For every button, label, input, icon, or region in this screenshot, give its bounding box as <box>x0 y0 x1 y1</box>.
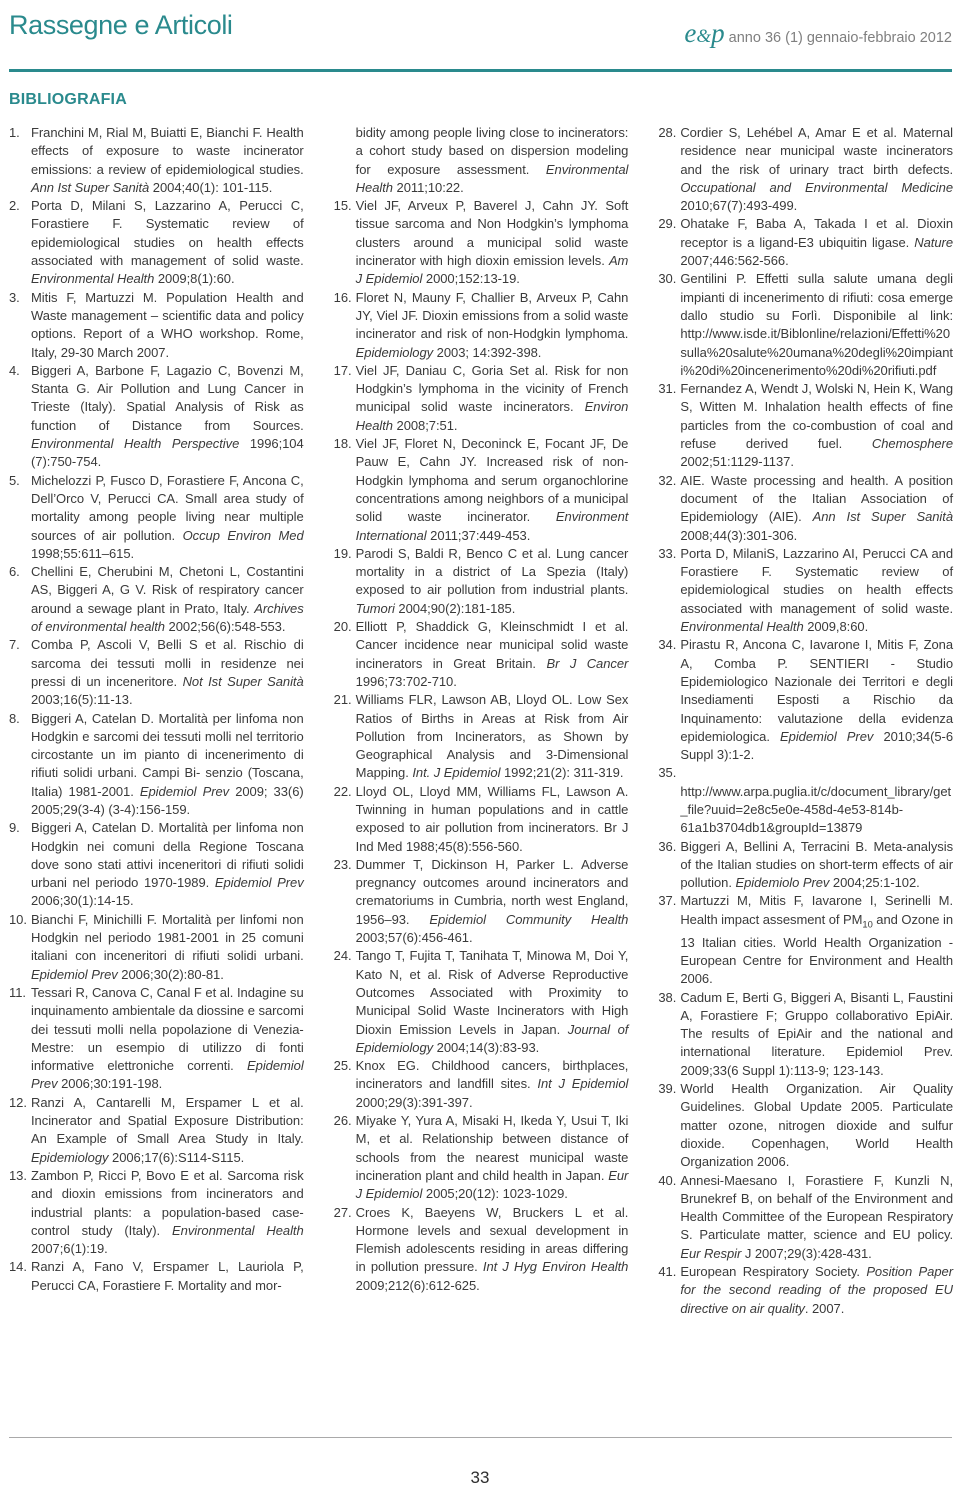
reference-item: 30.Gentilini P. Effetti sulla salute uma… <box>658 270 953 380</box>
reference-item: 10.Bianchi F, Minichilli F. Mortalità pe… <box>9 911 304 984</box>
reference-item: 39.World Health Organization. Air Qualit… <box>658 1080 953 1171</box>
reference-text: Williams FLR, Lawson AB, Lloyd OL. Low S… <box>356 692 629 780</box>
reference-number: 41. <box>658 1263 680 1281</box>
reference-text: Parodi S, Baldi R, Benco C et al. Lung c… <box>356 546 629 616</box>
reference-text: World Health Organization. Air Quality G… <box>680 1081 953 1169</box>
reference-text: Fernandez A, Wendt J, Wolski N, Hein K, … <box>680 381 953 469</box>
reference-number: 15. <box>334 197 356 215</box>
reference-number: 4. <box>9 362 31 380</box>
reference-text: Martuzzi M, Mitis F, Iavarone I, Serinel… <box>680 893 953 986</box>
reference-number: 13. <box>9 1167 31 1185</box>
reference-number: 31. <box>658 380 680 398</box>
reference-item: 38.Cadum E, Berti G, Biggeri A, Bisanti … <box>658 989 953 1080</box>
reference-item: 22.Lloyd OL, Lloyd MM, Williams FL, Laws… <box>334 783 629 856</box>
reference-item: 25.Knox EG. Childhood cancers, birthplac… <box>334 1057 629 1112</box>
reference-text: bidity among people living close to inci… <box>356 125 629 195</box>
reference-text: Croes K, Baeyens W, Bruckers L et al. Ho… <box>356 1205 629 1293</box>
reference-item: 4.Biggeri A, Barbone F, Lagazio C, Boven… <box>9 362 304 472</box>
reference-text: Ranzi A, Cantarelli M, Erspamer L et al.… <box>31 1095 304 1165</box>
reference-number: 28. <box>658 124 680 142</box>
reference-number: 24. <box>334 947 356 965</box>
reference-item: 14.Ranzi A, Fano V, Erspamer L, Lauriola… <box>9 1258 304 1295</box>
reference-item: 28.Cordier S, Lehébel A, Amar E et al. M… <box>658 124 953 215</box>
reference-text: Viel JF, Arveux P, Baverel J, Cahn JY. S… <box>356 198 629 286</box>
reference-number: 14. <box>9 1258 31 1276</box>
reference-number: 20. <box>334 618 356 636</box>
reference-number: 2. <box>9 197 31 215</box>
reference-text: Mitis F, Martuzzi M. Population Health a… <box>31 290 304 360</box>
reference-number: 1. <box>9 124 31 142</box>
footer-divider-rule <box>9 1437 952 1438</box>
reference-number: 21. <box>334 691 356 709</box>
reference-number: 38. <box>658 989 680 1007</box>
ep-journal-logo: e&p <box>684 18 724 49</box>
reference-text: Biggeri A, Barbone F, Lagazio C, Bovenzi… <box>31 363 304 469</box>
reference-item: 27.Croes K, Baeyens W, Bruckers L et al.… <box>334 1204 629 1295</box>
reference-number: 5. <box>9 472 31 490</box>
reference-text: Comba P, Ascoli V, Belli S et al. Rischi… <box>31 637 304 707</box>
reference-item: 36.Biggeri A, Bellini A, Terracini B. Me… <box>658 838 953 893</box>
reference-item: 34.Pirastu R, Ancona C, Iavarone I, Miti… <box>658 636 953 764</box>
reference-item: 32.AIE. Waste processing and health. A p… <box>658 472 953 545</box>
reference-number: 40. <box>658 1172 680 1190</box>
reference-item: 6.Chellini E, Cherubini M, Chetoni L, Co… <box>9 563 304 636</box>
reference-item: 21.Williams FLR, Lawson AB, Lloyd OL. Lo… <box>334 691 629 782</box>
reference-item: 35.http://www.arpa.puglia.it/c/document_… <box>658 764 953 837</box>
reference-item: 15.Viel JF, Arveux P, Baverel J, Cahn JY… <box>334 197 629 288</box>
reference-number: 39. <box>658 1080 680 1098</box>
reference-number: 29. <box>658 215 680 233</box>
reference-number: 8. <box>9 710 31 728</box>
reference-text: European Respiratory Society. Position P… <box>680 1264 953 1316</box>
reference-item: 16.Floret N, Mauny F, Challier B, Arveux… <box>334 289 629 362</box>
reference-item: 41.European Respiratory Society. Positio… <box>658 1263 953 1318</box>
reference-number: 30. <box>658 270 680 288</box>
reference-text: Michelozzi P, Fusco D, Forastiere F, Anc… <box>31 473 304 561</box>
reference-number: 18. <box>334 435 356 453</box>
reference-text: Pirastu R, Ancona C, Iavarone I, Mitis F… <box>680 637 953 762</box>
logo-letter-e: e <box>684 18 696 48</box>
reference-text: Franchini M, Rial M, Buiatti E, Bianchi … <box>31 125 304 195</box>
reference-text: Ohatake F, Baba A, Takada I et al. Dioxi… <box>680 216 953 268</box>
reference-item: 37.Martuzzi M, Mitis F, Iavarone I, Seri… <box>658 892 953 988</box>
issue-label: anno 36 (1) gennaio-febbraio 2012 <box>729 30 952 46</box>
reference-item: 12.Ranzi A, Cantarelli M, Erspamer L et … <box>9 1094 304 1167</box>
reference-item: 8.Biggeri A, Catelan D. Mortalità per li… <box>9 710 304 820</box>
page-header: Rassegne e Articoli e&p anno 36 (1) genn… <box>9 10 952 49</box>
reference-item: 17.Viel JF, Daniau C, Goria Set al. Risk… <box>334 362 629 435</box>
reference-text: Viel JF, Floret N, Deconinck E, Focant J… <box>356 436 629 542</box>
reference-item: 1.Franchini M, Rial M, Buiatti E, Bianch… <box>9 124 304 197</box>
reference-continuation: bidity among people living close to inci… <box>334 124 629 197</box>
reference-item: 19.Parodi S, Baldi R, Benco C et al. Lun… <box>334 545 629 618</box>
reference-item: 2.Porta D, Milani S, Lazzarino A, Perucc… <box>9 197 304 288</box>
reference-item: 9.Biggeri A, Catelan D. Mortalità per li… <box>9 819 304 910</box>
reference-item: 20.Elliott P, Shaddick G, Kleinschmidt I… <box>334 618 629 691</box>
reference-text: Lloyd OL, Lloyd MM, Williams FL, Lawson … <box>356 784 629 854</box>
reference-item: 26.Miyake Y, Yura A, Misaki H, Ikeda Y, … <box>334 1112 629 1203</box>
logo-ampersand: & <box>696 26 711 47</box>
reference-item: 7.Comba P, Ascoli V, Belli S et al. Risc… <box>9 636 304 709</box>
page-title: BIBLIOGRAFIA <box>9 91 127 109</box>
page-number: 33 <box>0 1468 960 1488</box>
reference-number: 25. <box>334 1057 356 1075</box>
reference-number: 11. <box>9 984 31 1002</box>
bibliography: 1.Franchini M, Rial M, Buiatti E, Bianch… <box>9 124 953 1318</box>
reference-text: Biggeri A, Catelan D. Mortalità per linf… <box>31 820 304 908</box>
reference-text: Porta D, MilaniS, Lazzarino AI, Perucci … <box>680 546 953 634</box>
reference-number: 12. <box>9 1094 31 1112</box>
reference-item: 29.Ohatake F, Baba A, Takada I et al. Di… <box>658 215 953 270</box>
reference-item: 18.Viel JF, Floret N, Deconinck E, Focan… <box>334 435 629 545</box>
reference-text: Miyake Y, Yura A, Misaki H, Ikeda Y, Usu… <box>356 1113 629 1201</box>
reference-item: 13.Zambon P, Ricci P, Bovo E et al. Sarc… <box>9 1167 304 1258</box>
reference-item: 11.Tessari R, Canova C, Canal F et al. I… <box>9 984 304 1094</box>
reference-text: AIE. Waste processing and health. A posi… <box>680 473 953 543</box>
reference-text: Ranzi A, Fano V, Erspamer L, Lauriola P,… <box>31 1259 304 1292</box>
bibliography-column-1: 1.Franchini M, Rial M, Buiatti E, Bianch… <box>9 124 304 1318</box>
reference-item: 40.Annesi-Maesano I, Forastiere F, Kunzl… <box>658 1172 953 1263</box>
reference-text: http://www.arpa.puglia.it/c/document_lib… <box>680 784 951 836</box>
reference-number: 10. <box>9 911 31 929</box>
reference-text: Gentilini P. Effetti sulla salute umana … <box>680 271 953 377</box>
reference-text: Bianchi F, Minichilli F. Mortalità per l… <box>31 912 304 982</box>
reference-item: 23.Dummer T, Dickinson H, Parker L. Adve… <box>334 856 629 947</box>
reference-text: Annesi-Maesano I, Forastiere F, Kunzli N… <box>680 1173 953 1261</box>
header-divider-rule <box>9 69 952 72</box>
reference-text: Viel JF, Daniau C, Goria Set al. Risk fo… <box>356 363 629 433</box>
reference-text: Zambon P, Ricci P, Bovo E et al. Sarcoma… <box>31 1168 304 1256</box>
reference-number: 19. <box>334 545 356 563</box>
reference-number: 23. <box>334 856 356 874</box>
reference-text: Elliott P, Shaddick G, Kleinschmidt I et… <box>356 619 629 689</box>
reference-number: 6. <box>9 563 31 581</box>
reference-number: 22. <box>334 783 356 801</box>
logo-letter-p: p <box>711 18 725 48</box>
reference-number: 34. <box>658 636 680 654</box>
reference-text: Knox EG. Childhood cancers, birthplaces,… <box>356 1058 629 1110</box>
reference-number: 27. <box>334 1204 356 1222</box>
reference-item: 33.Porta D, MilaniS, Lazzarino AI, Peruc… <box>658 545 953 636</box>
reference-item: 24.Tango T, Fujita T, Tanihata T, Minowa… <box>334 947 629 1057</box>
reference-item: 5.Michelozzi P, Fusco D, Forastiere F, A… <box>9 472 304 563</box>
bibliography-column-2: bidity among people living close to inci… <box>334 124 629 1318</box>
reference-text: Biggeri A, Catelan D. Mortalità per linf… <box>31 711 304 817</box>
reference-number: 16. <box>334 289 356 307</box>
reference-text: Tango T, Fujita T, Tanihata T, Minowa M,… <box>356 948 629 1054</box>
reference-text: Cordier S, Lehébel A, Amar E et al. Mate… <box>680 125 953 213</box>
reference-text: Cadum E, Berti G, Biggeri A, Bisanti L, … <box>680 990 953 1078</box>
reference-number: 7. <box>9 636 31 654</box>
reference-text: Biggeri A, Bellini A, Terracini B. Meta-… <box>680 839 953 891</box>
reference-text: Chellini E, Cherubini M, Chetoni L, Cost… <box>31 564 304 634</box>
reference-number: 17. <box>334 362 356 380</box>
reference-text: Floret N, Mauny F, Challier B, Arveux P,… <box>356 290 629 360</box>
reference-number: 26. <box>334 1112 356 1130</box>
reference-number: 36. <box>658 838 680 856</box>
reference-text: Dummer T, Dickinson H, Parker L. Adverse… <box>356 857 629 945</box>
reference-number: 32. <box>658 472 680 490</box>
reference-number: 9. <box>9 819 31 837</box>
bibliography-column-3: 28.Cordier S, Lehébel A, Amar E et al. M… <box>658 124 953 1318</box>
reference-number: 3. <box>9 289 31 307</box>
reference-number: 37. <box>658 892 680 910</box>
reference-item: 31.Fernandez A, Wendt J, Wolski N, Hein … <box>658 380 953 471</box>
section-title: Rassegne e Articoli <box>9 10 233 41</box>
reference-number: 35. <box>658 764 680 782</box>
reference-text: Porta D, Milani S, Lazzarino A, Perucci … <box>31 198 304 286</box>
reference-text: Tessari R, Canova C, Canal F et al. Inda… <box>31 985 304 1091</box>
journal-page: Rassegne e Articoli e&p anno 36 (1) genn… <box>0 0 960 1503</box>
header-issue-info: e&p anno 36 (1) gennaio-febbraio 2012 <box>684 18 952 49</box>
reference-item: 3.Mitis F, Martuzzi M. Population Health… <box>9 289 304 362</box>
reference-number: 33. <box>658 545 680 563</box>
